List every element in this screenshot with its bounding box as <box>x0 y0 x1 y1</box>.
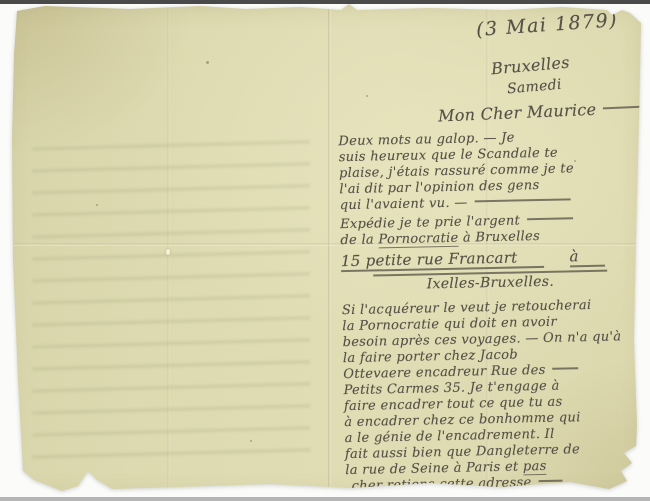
letter-text: pas <box>523 459 547 475</box>
ink-bleedthrough <box>32 132 310 470</box>
date-line: (3 Mai 1879) <box>475 9 618 41</box>
paper-spread: (3 Mai 1879) Bruxelles Samedi Mon Cher M… <box>0 0 650 501</box>
letter-text: de la <box>340 232 378 248</box>
letter-line: Ixelles-Bruxelles. <box>373 270 607 296</box>
underline-stroke <box>538 479 562 482</box>
letter-text: 15 petite rue Francart <box>341 248 544 272</box>
letter-text: . <box>562 474 571 489</box>
letter-text: cher <box>351 478 382 495</box>
letter-text: Ixelles-Bruxelles. <box>427 274 555 293</box>
letter-line: 15 petite rue Francartà <box>341 246 643 271</box>
letter-text: qui l'avaient vu. — <box>340 196 468 214</box>
underline-stroke <box>527 217 573 220</box>
letter-text: à <box>569 247 605 268</box>
center-fold-crease <box>328 6 331 491</box>
paper-speck <box>96 204 98 206</box>
photo-frame: (3 Mai 1879) Bruxelles Samedi Mon Cher M… <box>0 0 650 501</box>
paper-speck <box>250 440 252 442</box>
day-line: Samedi <box>506 77 562 98</box>
paper-speck <box>206 61 209 64</box>
letter-body: Deux mots au galop. — Jesuis heureux que… <box>338 128 647 495</box>
paper-speck <box>366 95 368 97</box>
salutation-text: Mon Cher Maurice <box>438 100 597 126</box>
letter-text: Pornocratie <box>378 231 458 249</box>
place-line: Bruxelles <box>490 53 570 79</box>
crease-damage-spot <box>166 249 170 255</box>
letter-sheet: (3 Mai 1879) Bruxelles Samedi Mon Cher M… <box>0 0 650 501</box>
flourish-stroke <box>603 105 647 109</box>
letter-text: à Bruxelles <box>458 229 540 246</box>
letter-text: retiens cette adresse <box>382 475 531 493</box>
salutation: Mon Cher Maurice <box>438 97 648 125</box>
underline-stroke <box>553 367 579 370</box>
underline-stroke <box>474 198 570 202</box>
word-gap <box>544 261 570 262</box>
